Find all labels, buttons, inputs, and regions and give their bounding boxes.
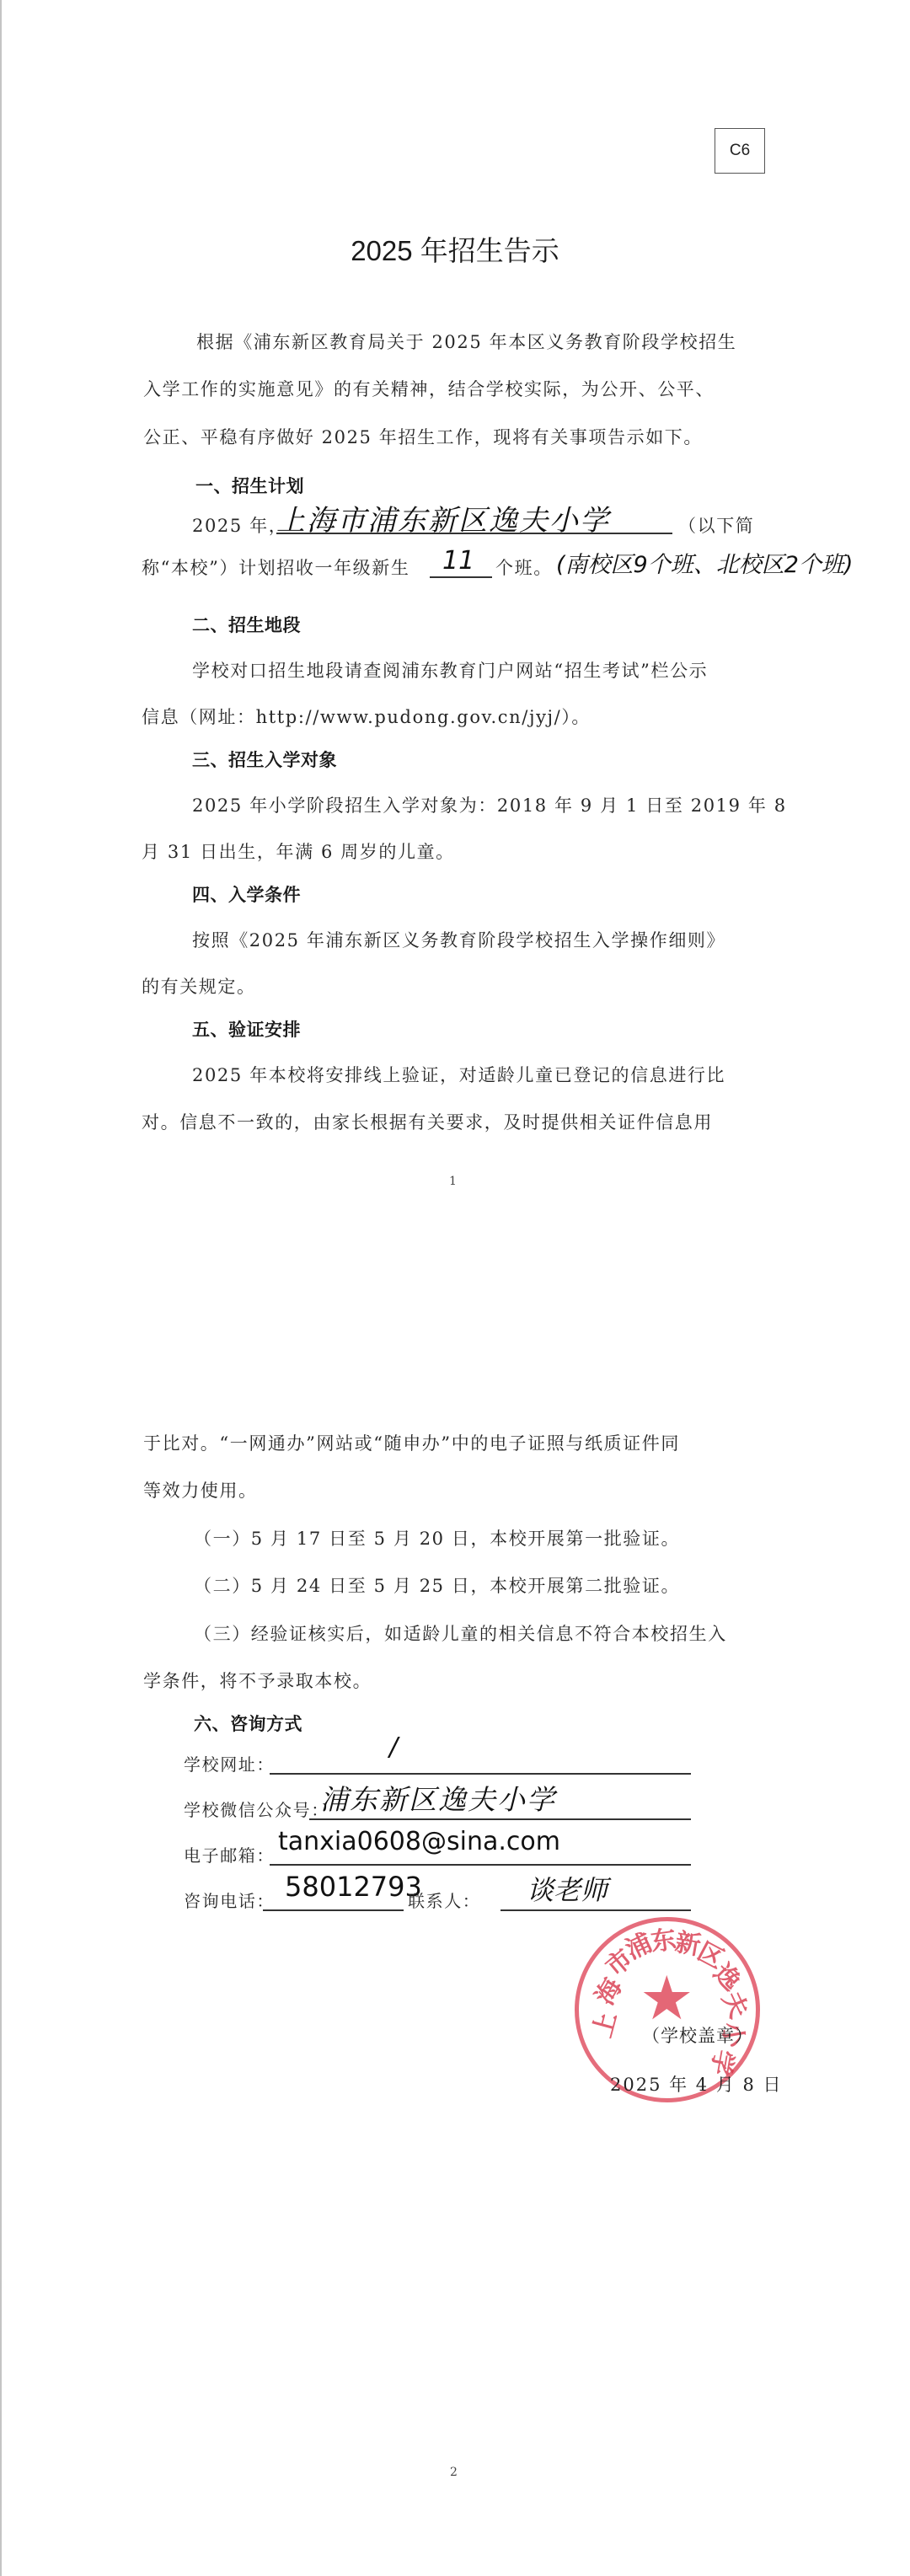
wechat-value: 浦东新区逸夫小学 — [320, 1778, 556, 1818]
conditions-line-1: 按照《2025 年浦东新区义务教育阶段学校招生入学操作细则》 — [192, 927, 725, 952]
wechat-underline — [309, 1818, 691, 1820]
handwritten-class-count: 11 — [442, 546, 474, 576]
zone-line-2: 信息（网址：http://www.pudong.gov.cn/jyj/）。 — [142, 704, 591, 729]
plan-line-2-prefix: 称“本校”）计划招收一年级新生 — [142, 554, 409, 580]
document-code-box: C6 — [715, 128, 765, 174]
contact-person-underline — [500, 1909, 691, 1911]
zone-line-1: 学校对口招生地段请查阅浦东教育门户网站“招生考试”栏公示 — [192, 657, 708, 683]
section-heading-enrollment-zone: 二、招生地段 — [192, 612, 301, 637]
website-label: 学校网址： — [184, 1751, 275, 1775]
verification-line-4: 等效力使用。 — [143, 1477, 258, 1502]
page-number-1: 1 — [449, 1175, 457, 1188]
website-underline — [270, 1773, 691, 1775]
verification-line-1: 2025 年本校将安排线上验证，对适龄儿童已登记的信息进行比 — [192, 1062, 725, 1087]
section-heading-admission-conditions: 四、入学条件 — [192, 881, 301, 907]
contact-person-label: 联系人： — [408, 1888, 480, 1912]
plan-line-2-suffix: 个班。 — [495, 554, 553, 580]
email-value: tanxia0608@sina.com — [278, 1827, 560, 1856]
seal-star-icon: ★ — [640, 1968, 694, 2028]
section-heading-verification: 五、验证安排 — [192, 1016, 301, 1042]
intro-line-3: 公正、平稳有序做好 2025 年招生工作，现将有关事项告示如下。 — [143, 424, 703, 449]
plan-line-1-suffix: （以下简 — [678, 512, 754, 538]
contact-person-value: 谈老师 — [527, 1869, 608, 1908]
section-heading-contact: 六、咨询方式 — [194, 1711, 302, 1736]
section-heading-eligible-children: 三、招生入学对象 — [192, 747, 337, 772]
page-title: 2025 年招生告示 — [0, 229, 910, 269]
scan-edge — [0, 0, 2, 2576]
verification-batch-1: （一）5 月 17 日至 5 月 20 日，本校开展第一批验证。 — [194, 1525, 680, 1550]
page-number-2: 2 — [450, 2466, 458, 2479]
conditions-line-2: 的有关规定。 — [142, 973, 256, 999]
verification-batch-2: （二）5 月 24 日至 5 月 25 日，本校开展第二批验证。 — [194, 1572, 680, 1598]
phone-value: 58012793 — [285, 1871, 422, 1903]
school-name-underline — [276, 533, 672, 534]
eligible-line-2: 月 31 日出生，年满 6 周岁的儿童。 — [142, 838, 455, 864]
eligible-line-1: 2025 年小学阶段招生入学对象为：2018 年 9 月 1 日至 2019 年… — [192, 792, 787, 817]
plan-line-1-prefix: 2025 年， — [192, 512, 287, 538]
verification-line-3: 于比对。“一网通办”网站或“随申办”中的电子证照与纸质证件同 — [143, 1430, 680, 1455]
section-heading-enrollment-plan: 一、招生计划 — [195, 473, 304, 498]
seal-caption: （学校盖章） — [642, 2022, 753, 2048]
intro-line-2: 入学工作的实施意见》的有关精神，结合学校实际，为公开、公平、 — [143, 376, 715, 401]
email-underline — [270, 1864, 691, 1866]
class-count-underline — [430, 576, 492, 578]
verification-note-2: 学条件，将不予录取本校。 — [143, 1668, 372, 1693]
handwritten-campus-note: (南校区9个班、北校区2个班) — [556, 546, 853, 579]
website-value: / — [389, 1733, 398, 1762]
email-label: 电子邮箱： — [184, 1842, 275, 1866]
verification-line-2: 对。信息不一致的，由家长根据有关要求，及时提供相关证件信息用 — [142, 1109, 713, 1134]
intro-line-1: 根据《浦东新区教育局关于 2025 年本区义务教育阶段学校招生 — [196, 329, 736, 354]
verification-note-1: （三）经验证核实后，如适龄儿童的相关信息不符合本校招生入 — [194, 1620, 727, 1646]
issue-date: 2025 年 4 月 8 日 — [610, 2071, 783, 2097]
phone-label: 咨询电话： — [184, 1888, 275, 1912]
phone-underline — [263, 1909, 404, 1911]
wechat-label: 学校微信公众号： — [184, 1797, 329, 1821]
